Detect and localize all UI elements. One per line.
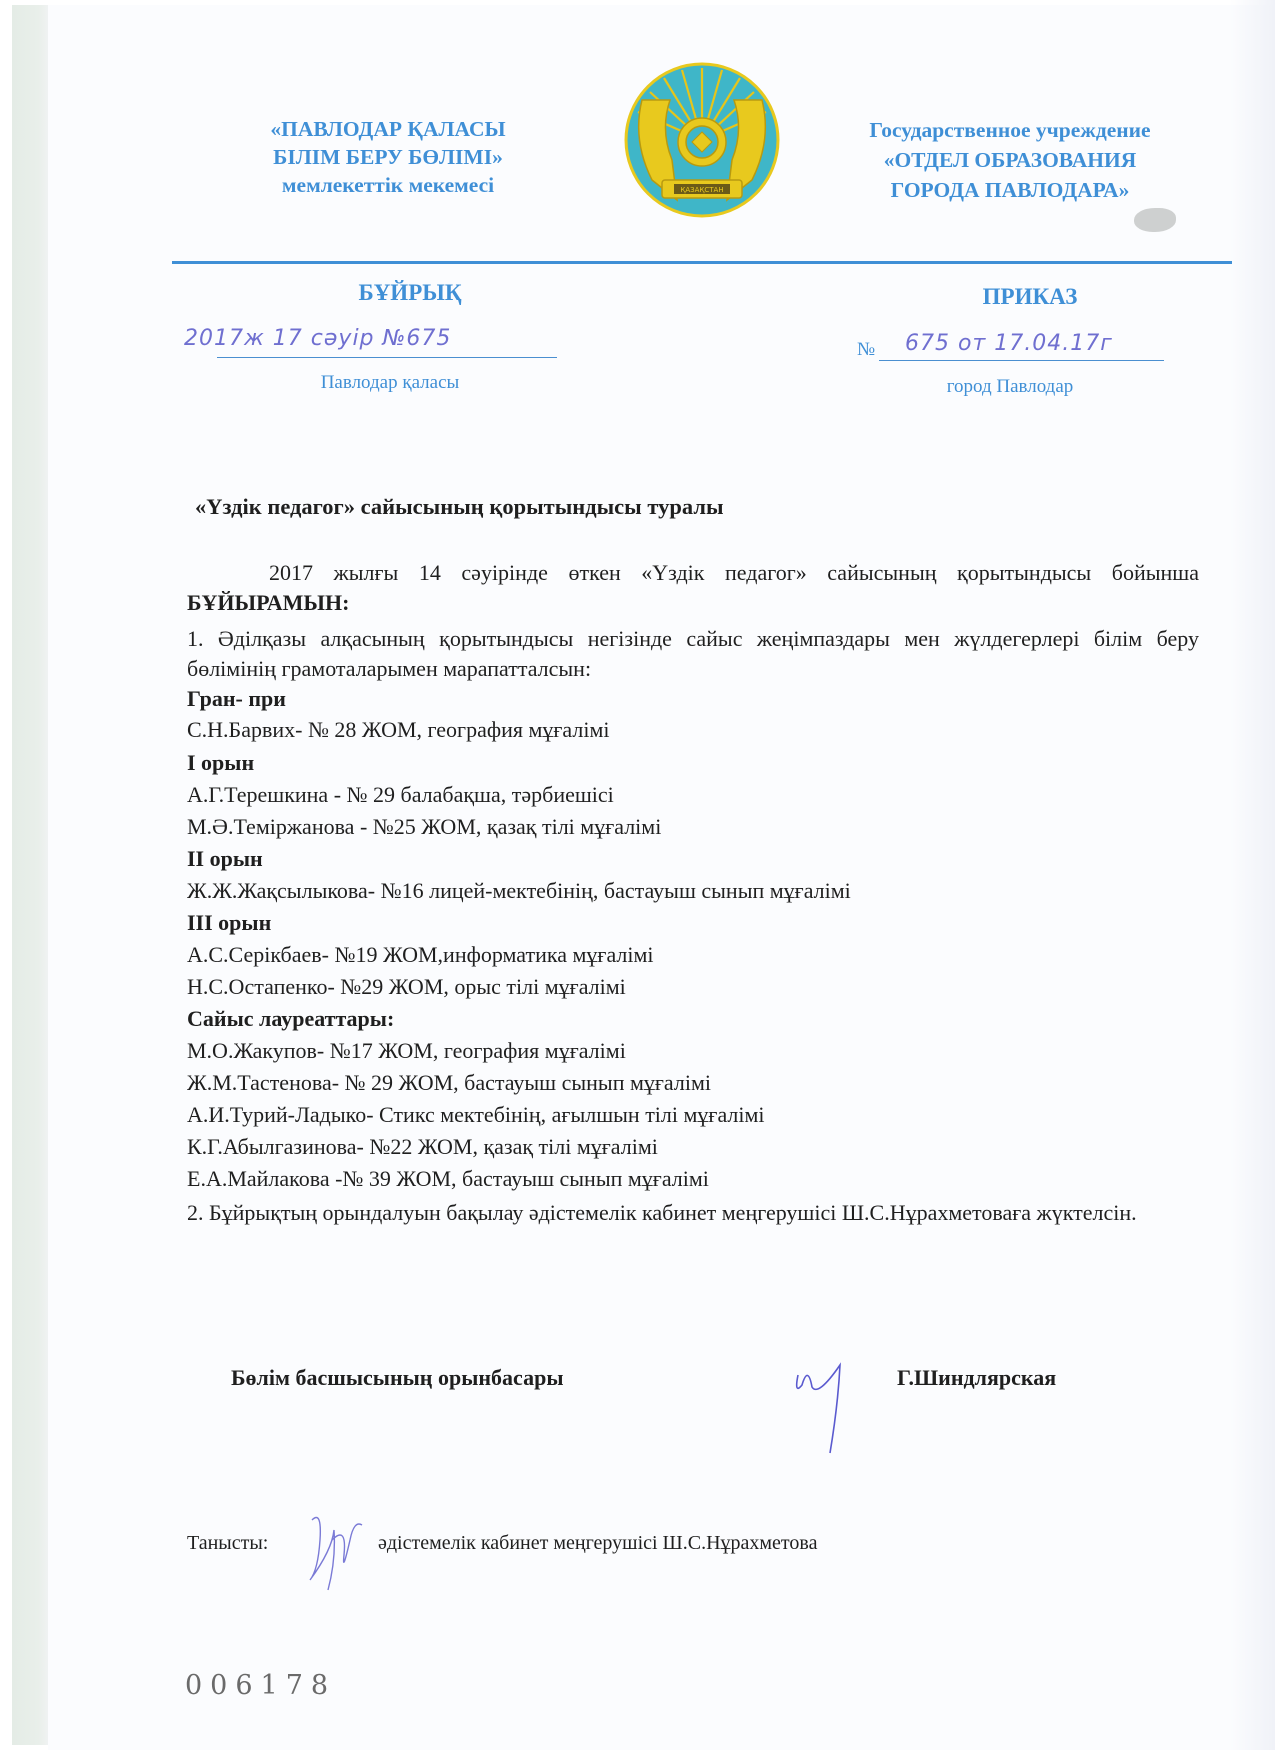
city-kz: Павлодар қаласы [290, 372, 490, 394]
number-underline-kz [217, 357, 557, 358]
city-ru: город Павлодар [920, 376, 1100, 398]
header-divider [172, 261, 1232, 264]
org-name-ru-line1: Государственное учреждение [830, 115, 1190, 145]
org-name-kz: «ПАВЛОДАР ҚАЛАСЫ БІЛІМ БЕРУ БӨЛІМІ» мемл… [218, 115, 558, 199]
list-item: М.Ә.Теміржанова - №25 ЖОМ, қазақ тілі мұ… [187, 814, 661, 840]
section-heading: II орын [187, 846, 263, 872]
order-type-kz: БҰЙРЫҚ [300, 280, 520, 306]
signatory-role: Бөлім басшысының орынбасары [231, 1365, 564, 1391]
document-title: «Үздік педагог» сайысының қорытындысы ту… [195, 494, 724, 520]
org-name-ru-line3: ГОРОДА ПАВЛОДАРА» [830, 175, 1190, 205]
item-2: 2. Бұйрықтың орындалуын бақылау әдістеме… [187, 1198, 1199, 1228]
svg-text:ҚАЗАҚСТАН: ҚАЗАҚСТАН [680, 186, 723, 194]
list-item: Ж.М.Тастенова- № 29 ЖОМ, бастауыш сынып … [187, 1070, 711, 1096]
handwritten-order-number-kz: 2017ж 17 сәуір №675 [184, 326, 451, 351]
acknowledged-label: Танысты: [187, 1532, 268, 1555]
scan-margin [0, 0, 12, 1750]
kazakhstan-state-emblem-icon: ҚАЗАҚСТАН [622, 60, 782, 220]
list-item: Е.А.Майлакова -№ 39 ЖОМ, бастауыш сынып … [187, 1166, 709, 1192]
scan-edge-shadow [12, 5, 50, 1745]
handwritten-initials-icon [292, 1500, 372, 1600]
list-item: К.Г.Абылгазинова- №22 ЖОМ, қазақ тілі мұ… [187, 1134, 658, 1160]
list-item: Ж.Ж.Жақсылыкова- №16 лицей-мектебінің, б… [187, 878, 851, 904]
list-item: А.С.Серікбаев- №19 ЖОМ,информатика мұғал… [187, 942, 654, 968]
handwritten-order-number-ru: 675 от 17.04.17г [905, 331, 1113, 356]
section-heading: Сайыс лауреаттары: [187, 1006, 394, 1032]
list-item: Н.С.Остапенко- №29 ЖОМ, орыс тілі мұғалі… [187, 974, 626, 1000]
org-name-kz-line1: «ПАВЛОДАР ҚАЛАСЫ [218, 115, 558, 143]
order-type-ru: ПРИКАЗ [930, 284, 1130, 310]
org-name-ru-line2: «ОТДЕЛ ОБРАЗОВАНИЯ [830, 145, 1190, 175]
org-name-kz-line3: мемлекеттік мекемесі [218, 171, 558, 199]
intro-text: 2017 жылғы 14 сәуірінде өткен «Үздік пед… [269, 560, 1199, 585]
signatory-name: Г.Шиндлярская [897, 1365, 1056, 1391]
serial-number: 006178 [185, 1670, 336, 1701]
scan-right-shade [1230, 0, 1275, 1750]
list-item: А.Г.Терешкина - № 29 балабақша, тәрбиеші… [187, 782, 614, 808]
item-1: 1. Әділқазы алқасының қорытындысы негізі… [187, 624, 1199, 684]
list-item: А.И.Турий-Ладыко- Стикс мектебінің, ағыл… [187, 1102, 765, 1128]
section-heading: Гран- при [187, 686, 286, 712]
org-name-ru: Государственное учреждение «ОТДЕЛ ОБРАЗО… [830, 115, 1190, 205]
list-item: М.О.Жакупов- №17 ЖОМ, география мұғалімі [187, 1038, 626, 1064]
section-heading: III орын [187, 910, 271, 936]
org-name-kz-line2: БІЛІМ БЕРУ БӨЛІМІ» [218, 143, 558, 171]
number-sign: № [857, 339, 875, 361]
handwritten-signature-icon [790, 1335, 870, 1455]
number-underline-ru [879, 360, 1164, 361]
ink-smudge [1134, 208, 1176, 232]
intro-paragraph: 2017 жылғы 14 сәуірінде өткен «Үздік пед… [187, 558, 1199, 618]
order-verb: БҰЙЫРАМЫН: [187, 590, 349, 615]
list-item: С.Н.Барвих- № 28 ЖОМ, география мұғалімі [187, 717, 610, 743]
section-heading: I орын [187, 750, 254, 776]
acknowledged-person: әдістемелік кабинет меңгерушісі Ш.С.Нұра… [378, 1532, 817, 1555]
